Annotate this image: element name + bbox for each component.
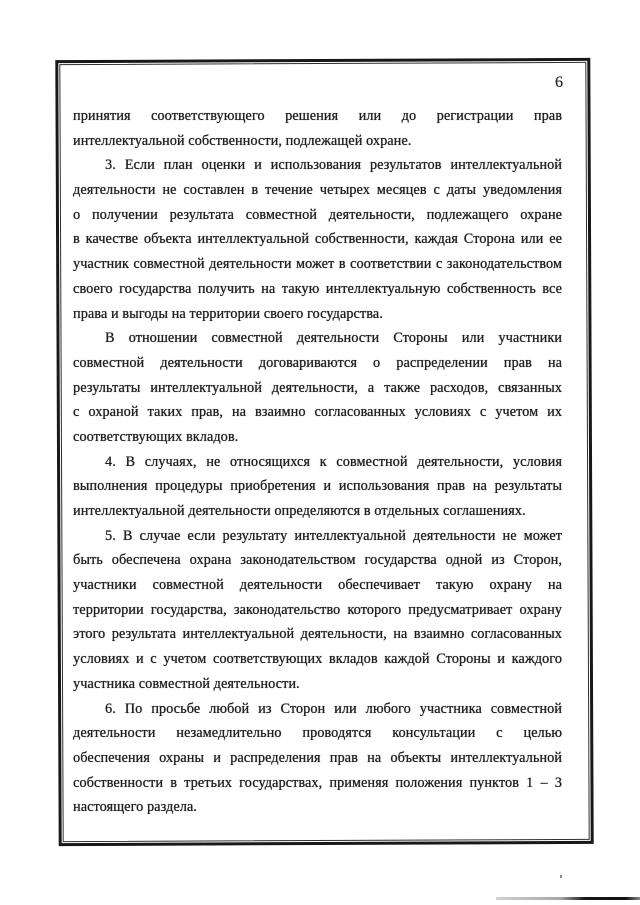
text-line: деятельности незамедлительно проводятся …: [73, 721, 562, 746]
text-line: права и выгоды на территории своего госу…: [73, 302, 562, 327]
text-line: принятия соответствующего решения или до…: [73, 104, 562, 129]
text-line: этого результата интеллектуальной деятел…: [73, 622, 562, 647]
text-line: интеллектуальной деятельности определяют…: [73, 499, 562, 524]
paragraph: 5. В случае если результату интеллектуал…: [73, 524, 562, 697]
text-line: настоящего раздела.: [73, 795, 562, 820]
paragraph: 3. Если план оценки и использования резу…: [73, 153, 562, 326]
paragraph: 6. По просьбе любой из Сторон или любого…: [73, 697, 562, 820]
text-line: 3. Если план оценки и использования резу…: [73, 153, 562, 178]
page-text: принятия соответствующего решения или до…: [73, 104, 562, 820]
text-line: территории государства, законодательство…: [73, 598, 562, 623]
text-line: о получении результата совместной деятел…: [73, 203, 562, 228]
page-number: 6: [548, 74, 570, 92]
text-line: 6. По просьбе любой из Сторон или любого…: [73, 697, 562, 722]
text-line: 4. В случаях, не относящихся к совместно…: [73, 450, 562, 475]
paragraph: 4. В случаях, не относящихся к совместно…: [73, 450, 562, 524]
scanned-document-page: 6 принятия соответствующего решения или …: [0, 0, 640, 905]
text-line: обеспечения охраны и распределения прав …: [73, 746, 562, 771]
text-line: в качестве объекта интеллектуальной собс…: [73, 227, 562, 252]
text-line: В отношении совместной деятельности Стор…: [73, 326, 562, 351]
text-line: участники совместной деятельности обеспе…: [73, 573, 562, 598]
paragraph: принятия соответствующего решения или до…: [73, 104, 562, 153]
text-line: участник совместной деятельности может в…: [73, 252, 562, 277]
text-line: выполнения процедуры приобретения и испо…: [73, 474, 562, 499]
text-line: совместной деятельности договариваются о…: [73, 351, 562, 376]
text-line: собственности в третьих государствах, пр…: [73, 771, 562, 796]
text-line: соответствующих вкладов.: [73, 425, 562, 450]
paragraph: В отношении совместной деятельности Стор…: [73, 326, 562, 449]
text-line: своего государства получить на такую инт…: [73, 277, 562, 302]
text-line: интеллектуальной собственности, подлежащ…: [73, 129, 562, 154]
text-line: с охраной таких прав, на взаимно согласо…: [73, 400, 562, 425]
scan-artifact-line: [496, 897, 640, 900]
text-line: деятельности не составлен в течение четы…: [73, 178, 562, 203]
text-line: 5. В случае если результату интеллектуал…: [73, 524, 562, 549]
scan-speck: [560, 875, 562, 878]
text-line: результаты интеллектуальной деятельности…: [73, 376, 562, 401]
text-line: быть обеспечена охрана законодательством…: [73, 548, 562, 573]
text-line: участника совместной деятельности.: [73, 672, 562, 697]
text-line: условиях и с учетом соответствующих вкла…: [73, 647, 562, 672]
